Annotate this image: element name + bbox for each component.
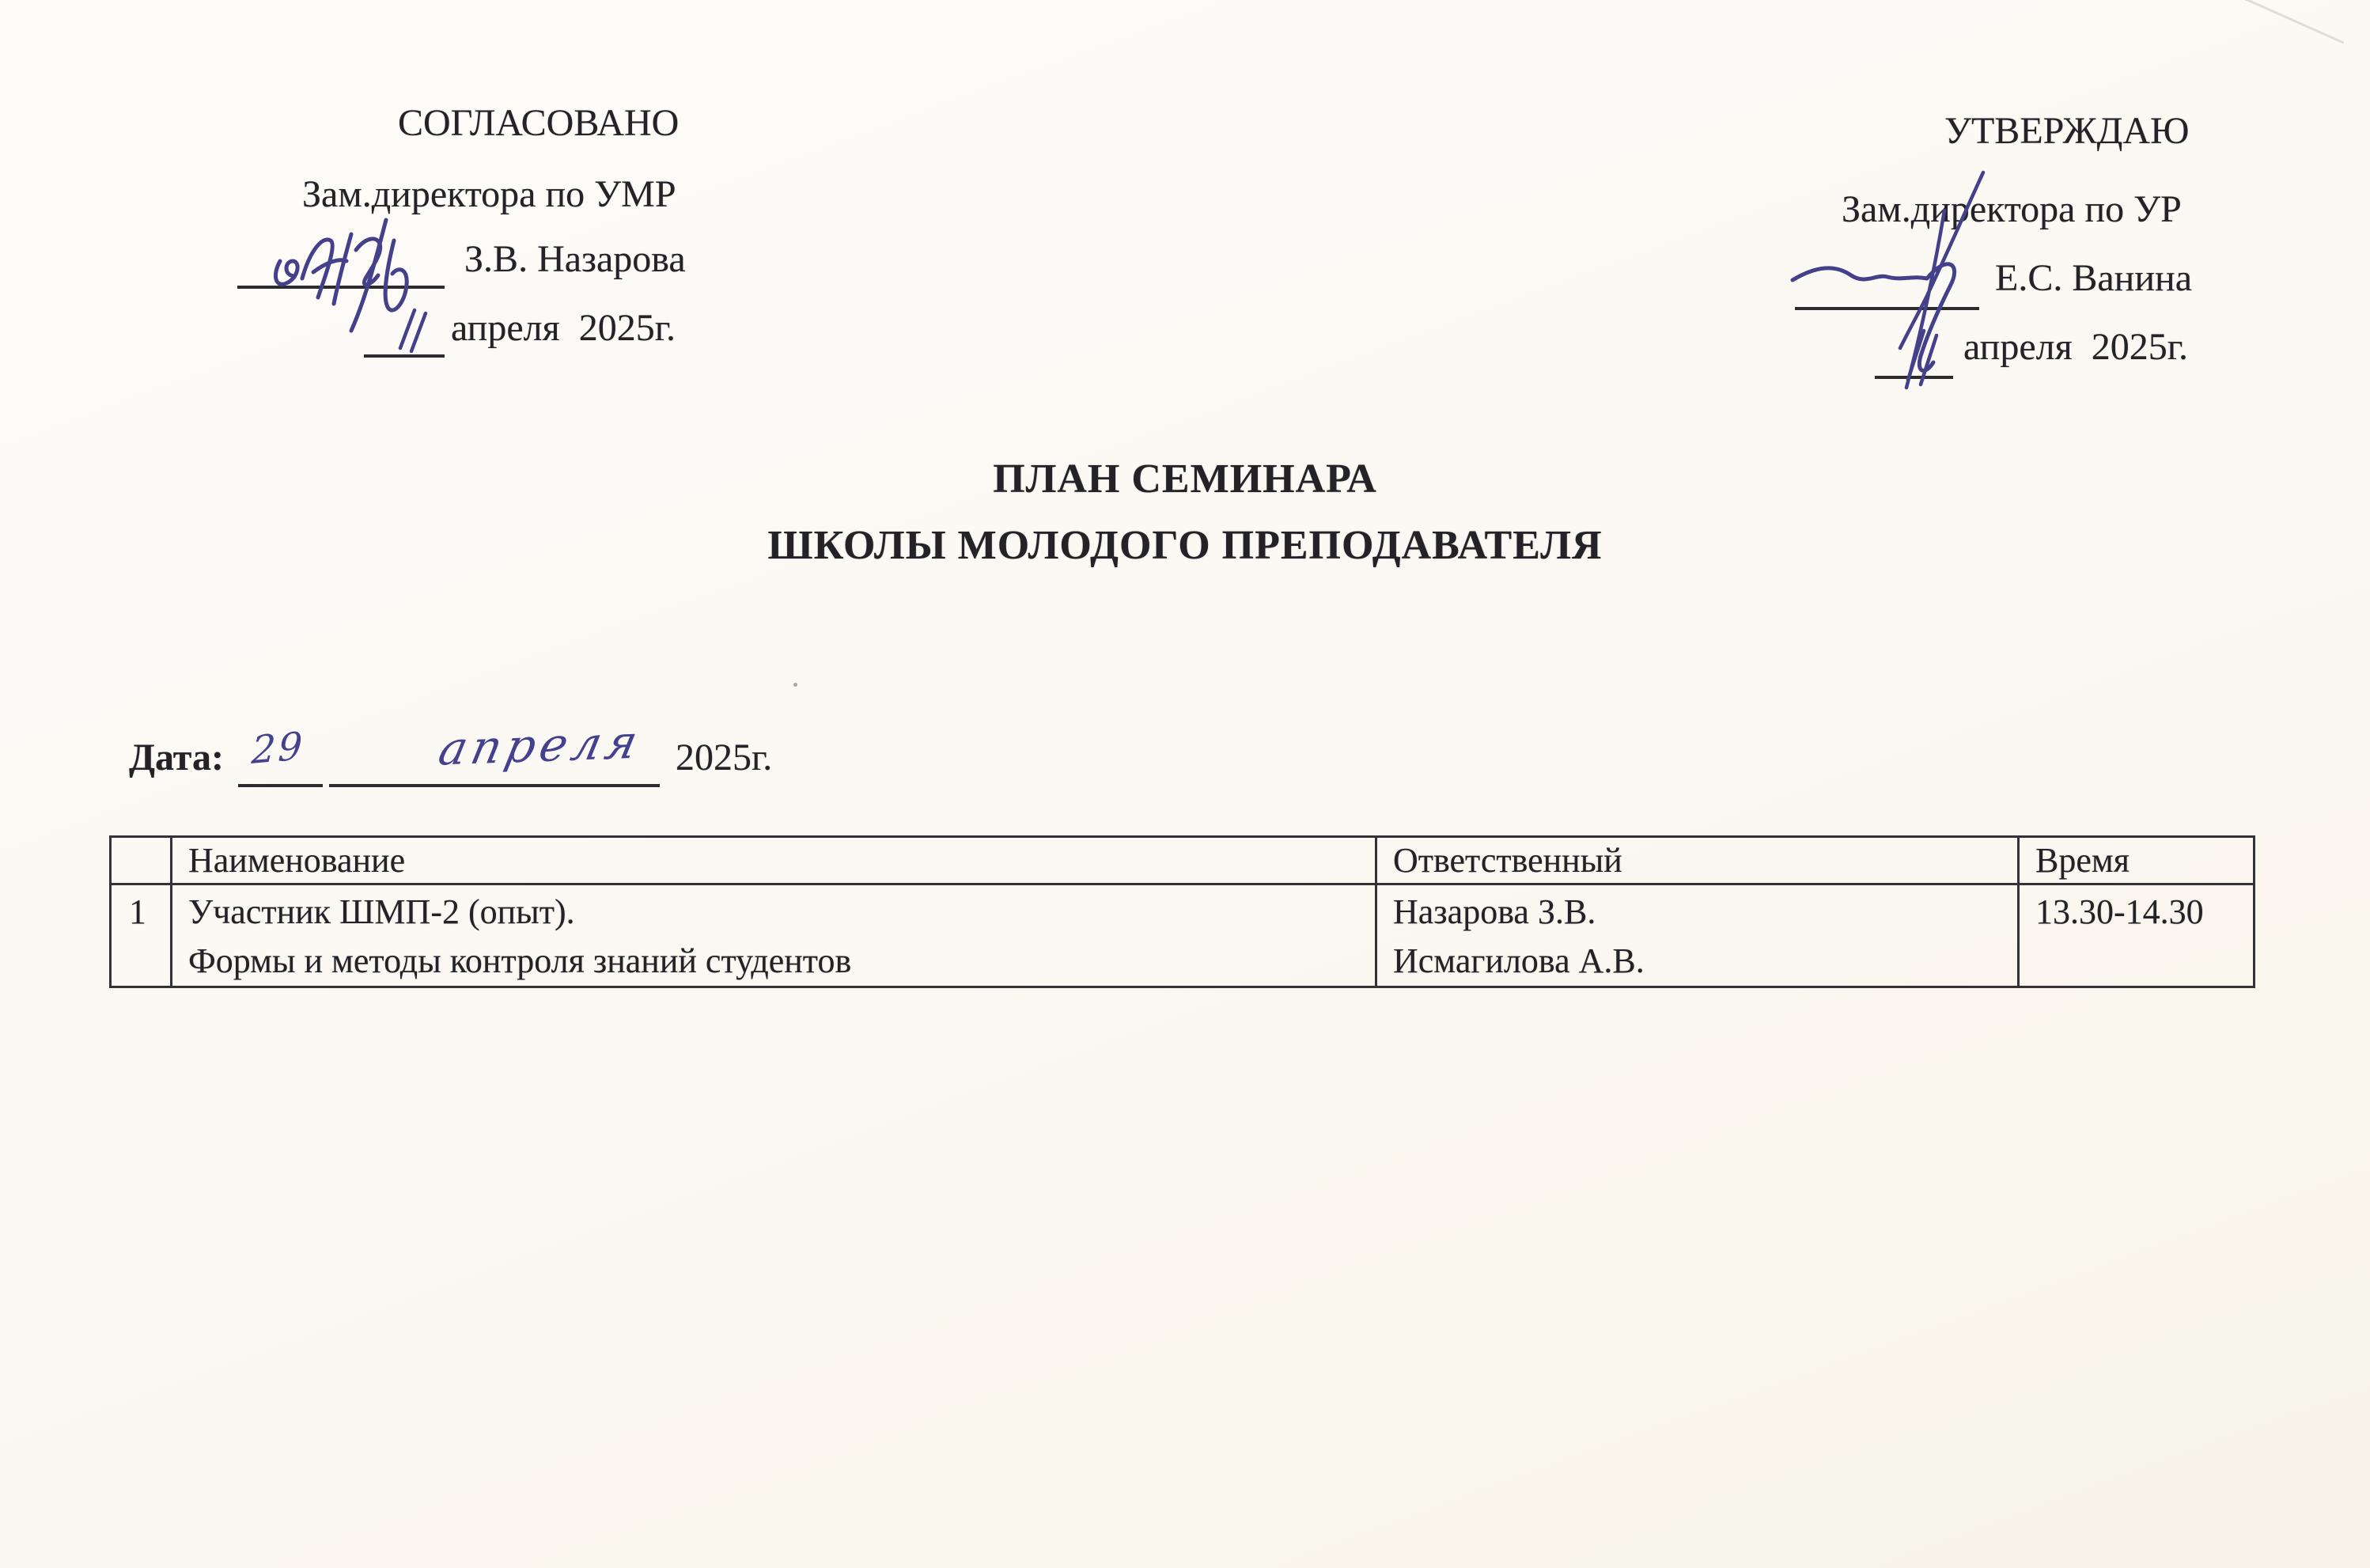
row-name-cell: Участник ШМП-2 (опыт). Формы и методы ко… [172, 884, 1376, 987]
seminar-plan-table: Наименование Ответственный Время 1 Участ… [109, 835, 2255, 988]
table-row: 1 Участник ШМП-2 (опыт). Формы и методы … [111, 884, 2255, 987]
document-title-line2: ШКОЛЫ МОЛОДОГО ПРЕПОДАВАТЕЛЯ [767, 522, 1602, 569]
approval-left-signatory: З.В. Назарова [464, 236, 686, 283]
scanned-document-page: СОГЛАСОВАНО Зам.директора по УМР З.В. На… [0, 0, 2370, 1568]
paper-speck [793, 683, 797, 687]
approval-right-signatory: Е.С. Ванина [1995, 255, 2192, 302]
header-responsible: Ответственный [1376, 837, 2019, 884]
row-responsible-line2: Исмагилова А.В. [1393, 937, 2011, 986]
row-number: 1 [111, 884, 172, 987]
row-time: 13.30-14.30 [2019, 884, 2255, 987]
row-name-line2: Формы и методы контроля знаний студентов [188, 937, 1369, 986]
approval-right-heading: УТВЕРЖДАЮ [1944, 108, 2189, 155]
date-label: Дата: [129, 736, 224, 779]
approval-left-handwritten-day-mark [392, 305, 432, 354]
header-name: Наименование [172, 837, 1376, 884]
table-header-row: Наименование Ответственный Время [111, 837, 2255, 884]
date-year: 2025г. [676, 736, 772, 779]
approval-left-heading: СОГЛАСОВАНО [398, 100, 679, 147]
document-title-line1: ПЛАН СЕМИНАРА [993, 456, 1377, 502]
approval-right-date-text: апреля 2025г. [1963, 324, 2188, 371]
handwritten-month: апреля [434, 714, 647, 775]
approval-left-date-text: апреля 2025г. [451, 305, 676, 352]
row-name-line1: Участник ШМП-2 (опыт). [188, 888, 1369, 937]
header-number [111, 837, 172, 884]
paper-corner-shadow [2220, 0, 2345, 44]
handwritten-day: 29 [251, 724, 306, 773]
approval-right-handwritten-day-mark [1897, 324, 1944, 388]
header-time: Время [2019, 837, 2255, 884]
row-responsible-line1: Назарова З.В. [1393, 888, 2011, 937]
row-responsible-cell: Назарова З.В. Исмагилова А.В. [1376, 884, 2019, 987]
